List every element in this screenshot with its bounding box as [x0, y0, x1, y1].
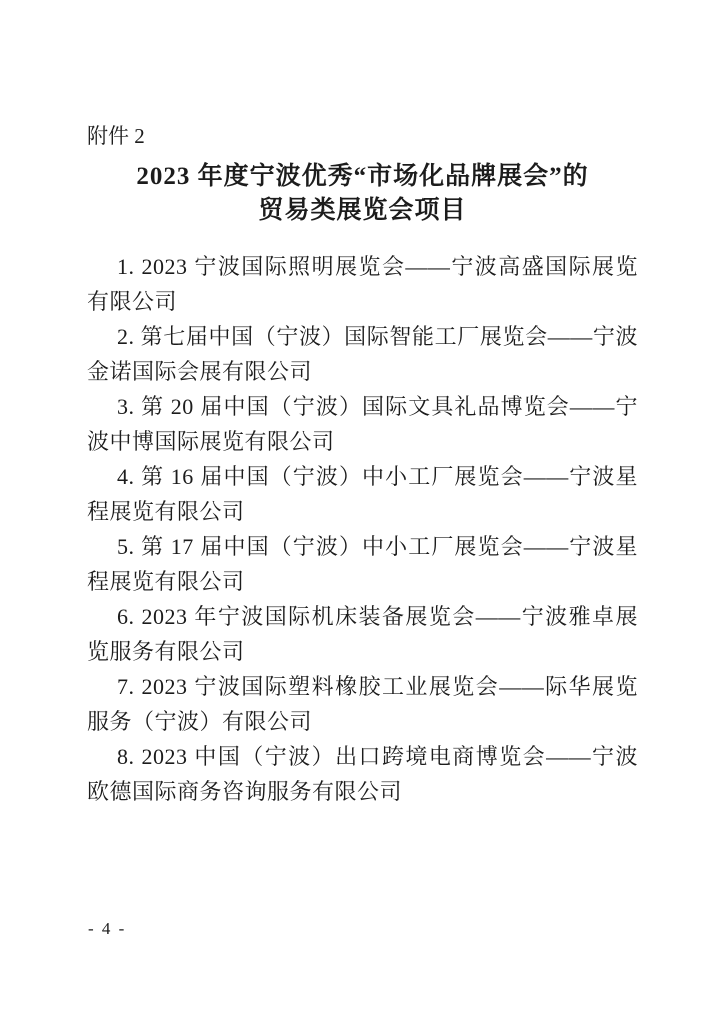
- list-item-8: 8. 2023 中国（宁波）出口跨境电商博览会——宁波欧德国际商务咨询服务有限公…: [87, 739, 638, 809]
- list-item-6: 6. 2023 年宁波国际机床装备展览会——宁波雅卓展览服务有限公司: [87, 599, 638, 669]
- document-page: 附件 2 2023 年度宁波优秀“市场化品牌展会”的 贸易类展览会项目 1. 2…: [0, 0, 724, 1024]
- page-number: - 4 -: [88, 919, 126, 939]
- list-item-1: 1. 2023 宁波国际照明展览会——宁波高盛国际展览有限公司: [87, 249, 638, 319]
- document-title-line2: 贸易类展览会项目: [87, 194, 638, 228]
- document-title: 2023 年度宁波优秀“市场化品牌展会”的 贸易类展览会项目: [87, 160, 638, 228]
- list-item-2: 2. 第七届中国（宁波）国际智能工厂展览会——宁波金诺国际会展有限公司: [87, 319, 638, 389]
- attachment-label: 附件 2: [87, 123, 145, 149]
- list-item-4: 4. 第 16 届中国（宁波）中小工厂展览会——宁波星程展览有限公司: [87, 459, 638, 529]
- list-item-3: 3. 第 20 届中国（宁波）国际文具礼品博览会——宁波中博国际展览有限公司: [87, 389, 638, 459]
- exhibition-list: 1. 2023 宁波国际照明展览会——宁波高盛国际展览有限公司 2. 第七届中国…: [87, 249, 638, 809]
- list-item-7: 7. 2023 宁波国际塑料橡胶工业展览会——际华展览服务（宁波）有限公司: [87, 669, 638, 739]
- document-title-line1: 2023 年度宁波优秀“市场化品牌展会”的: [87, 160, 638, 194]
- list-item-5: 5. 第 17 届中国（宁波）中小工厂展览会——宁波星程展览有限公司: [87, 529, 638, 599]
